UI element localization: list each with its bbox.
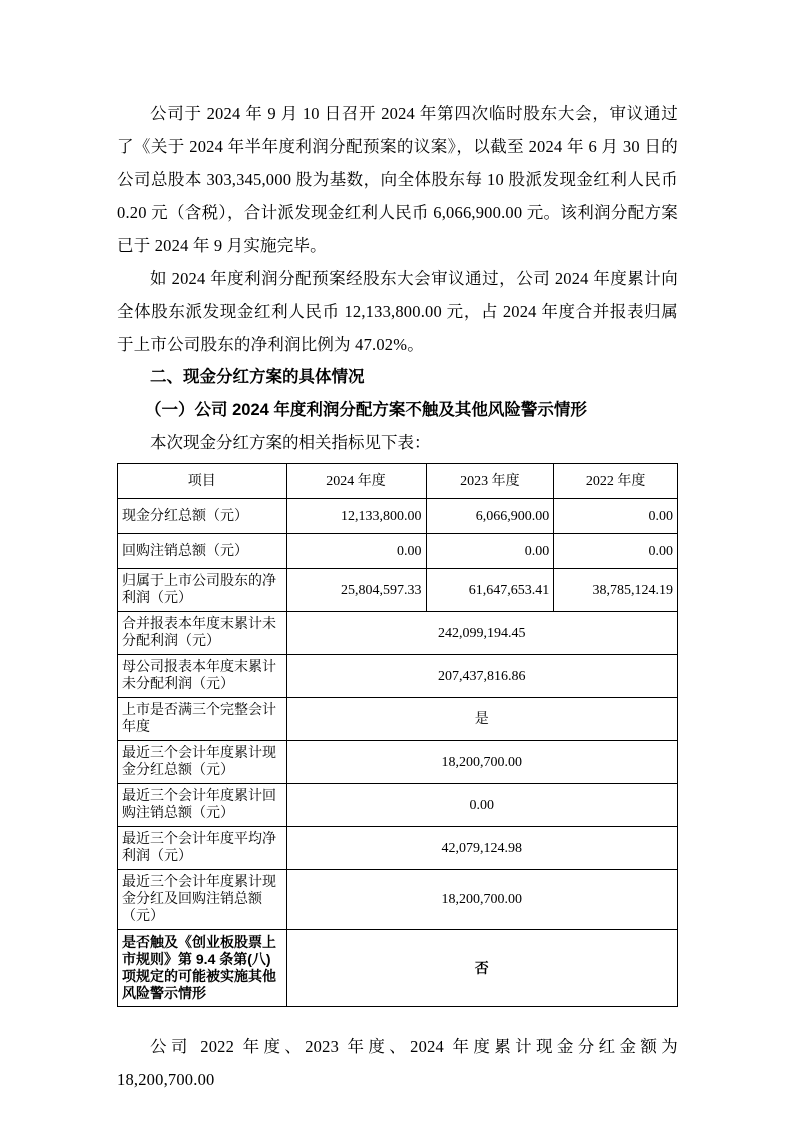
merged-value-cell: 207,437,816.86 bbox=[286, 655, 677, 698]
section-heading: 二、现金分红方案的具体情况 bbox=[117, 361, 678, 394]
table-row: 是否触及《创业板股票上市规则》第 9.4 条第(八)项规定的可能被实施其他风险警… bbox=[118, 930, 678, 1007]
table-row: 母公司报表本年度末累计未分配利润（元）207,437,816.86 bbox=[118, 655, 678, 698]
row-label-cell: 最近三个会计年度累计现金分红及回购注销总额（元） bbox=[118, 870, 287, 930]
row-label-cell: 现金分红总额（元） bbox=[118, 499, 287, 534]
merged-value-cell: 242,099,194.45 bbox=[286, 612, 677, 655]
column-header: 2023 年度 bbox=[426, 464, 554, 499]
merged-value-cell: 18,200,700.00 bbox=[286, 870, 677, 930]
column-header: 2024 年度 bbox=[286, 464, 426, 499]
merged-value-cell: 否 bbox=[286, 930, 677, 1007]
value-cell: 61,647,653.41 bbox=[426, 569, 554, 612]
row-label-cell: 上市是否满三个完整会计年度 bbox=[118, 698, 287, 741]
table-row: 最近三个会计年度累计现金分红及回购注销总额（元）18,200,700.00 bbox=[118, 870, 678, 930]
closing-paragraph: 公司 2022 年度、2023 年度、2024 年度累计现金分红金额为 18,2… bbox=[117, 1030, 678, 1096]
paragraph-dividend-2024-interim: 公司于 2024 年 9 月 10 日召开 2024 年第四次临时股东大会，审议… bbox=[117, 97, 678, 262]
table-row: 上市是否满三个完整会计年度是 bbox=[118, 698, 678, 741]
table-row: 归属于上市公司股东的净利润（元）25,804,597.3361,647,653.… bbox=[118, 569, 678, 612]
paragraph-dividend-2024-annual: 如 2024 年度利润分配预案经股东大会审议通过，公司 2024 年度累计向全体… bbox=[117, 262, 678, 361]
table-intro: 本次现金分红方案的相关指标见下表： bbox=[117, 427, 678, 459]
value-cell: 0.00 bbox=[554, 534, 678, 569]
value-cell: 6,066,900.00 bbox=[426, 499, 554, 534]
page-content: 公司于 2024 年 9 月 10 日召开 2024 年第四次临时股东大会，审议… bbox=[117, 97, 678, 1096]
row-label-cell: 归属于上市公司股东的净利润（元） bbox=[118, 569, 287, 612]
table-row: 最近三个会计年度累计回购注销总额（元）0.00 bbox=[118, 784, 678, 827]
row-label-cell: 最近三个会计年度平均净利润（元） bbox=[118, 827, 287, 870]
table-row: 最近三个会计年度平均净利润（元）42,079,124.98 bbox=[118, 827, 678, 870]
table-row: 回购注销总额（元）0.000.000.00 bbox=[118, 534, 678, 569]
table-row: 合并报表本年度末累计未分配利润（元）242,099,194.45 bbox=[118, 612, 678, 655]
value-cell: 0.00 bbox=[554, 499, 678, 534]
merged-value-cell: 42,079,124.98 bbox=[286, 827, 677, 870]
table-header-row: 项目2024 年度2023 年度2022 年度 bbox=[118, 464, 678, 499]
merged-value-cell: 18,200,700.00 bbox=[286, 741, 677, 784]
document-page: 公司于 2024 年 9 月 10 日召开 2024 年第四次临时股东大会，审议… bbox=[0, 0, 794, 1122]
table-row: 最近三个会计年度累计现金分红总额（元）18,200,700.00 bbox=[118, 741, 678, 784]
value-cell: 38,785,124.19 bbox=[554, 569, 678, 612]
table-row: 现金分红总额（元）12,133,800.006,066,900.000.00 bbox=[118, 499, 678, 534]
metrics-table: 项目2024 年度2023 年度2022 年度 现金分红总额（元）12,133,… bbox=[117, 463, 678, 1007]
value-cell: 12,133,800.00 bbox=[286, 499, 426, 534]
value-cell: 0.00 bbox=[286, 534, 426, 569]
value-cell: 25,804,597.33 bbox=[286, 569, 426, 612]
subsection-heading: （一）公司 2024 年度利润分配方案不触及其他风险警示情形 bbox=[117, 394, 678, 427]
table-body: 现金分红总额（元）12,133,800.006,066,900.000.00回购… bbox=[118, 499, 678, 1007]
merged-value-cell: 是 bbox=[286, 698, 677, 741]
column-header: 项目 bbox=[118, 464, 287, 499]
row-label-cell: 最近三个会计年度累计回购注销总额（元） bbox=[118, 784, 287, 827]
column-header: 2022 年度 bbox=[554, 464, 678, 499]
row-label-cell: 最近三个会计年度累计现金分红总额（元） bbox=[118, 741, 287, 784]
table-header: 项目2024 年度2023 年度2022 年度 bbox=[118, 464, 678, 499]
row-label-cell: 回购注销总额（元） bbox=[118, 534, 287, 569]
row-label-cell: 是否触及《创业板股票上市规则》第 9.4 条第(八)项规定的可能被实施其他风险警… bbox=[118, 930, 287, 1007]
value-cell: 0.00 bbox=[426, 534, 554, 569]
row-label-cell: 母公司报表本年度末累计未分配利润（元） bbox=[118, 655, 287, 698]
row-label-cell: 合并报表本年度末累计未分配利润（元） bbox=[118, 612, 287, 655]
merged-value-cell: 0.00 bbox=[286, 784, 677, 827]
